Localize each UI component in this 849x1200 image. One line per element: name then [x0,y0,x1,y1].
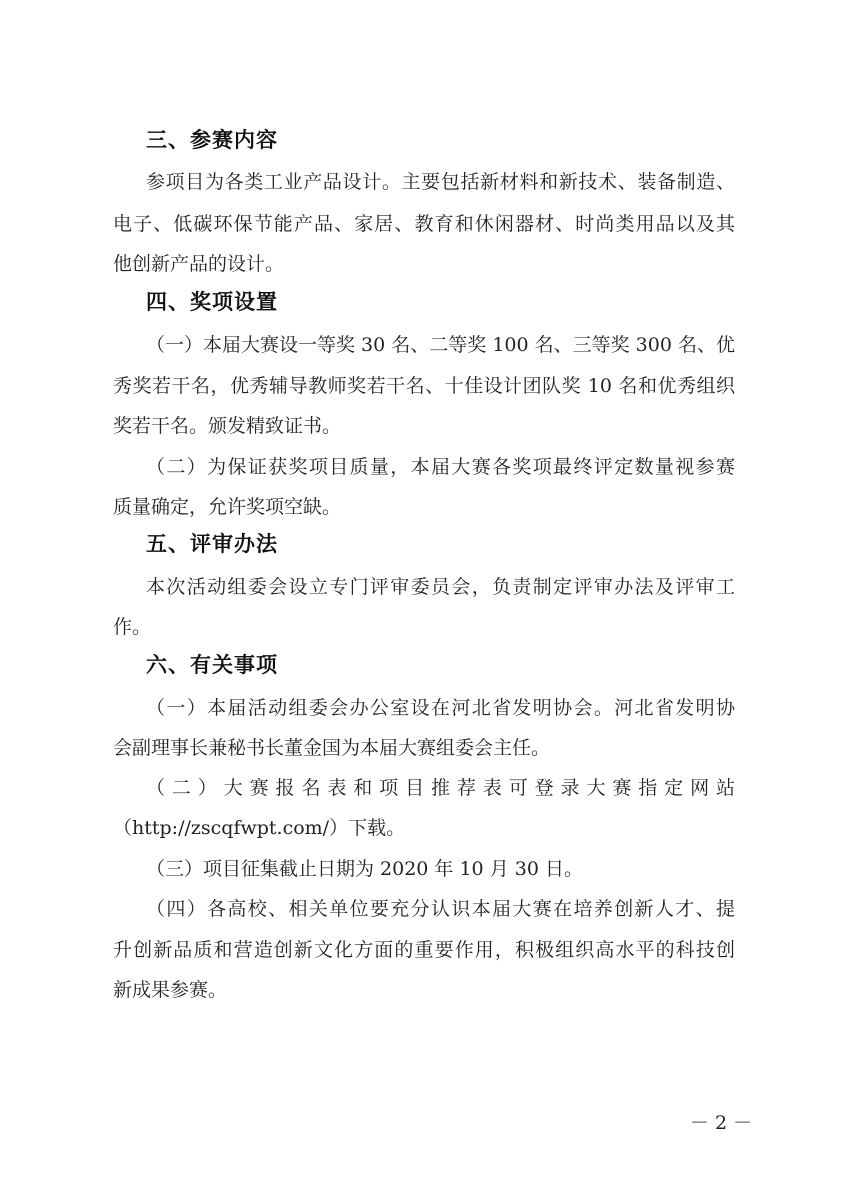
section-heading-participation-content: 三、参赛内容 [146,124,278,154]
paragraph-line: 新成果参赛。 [113,975,227,1002]
paragraph-line: 奖若干名。颁发精致证书。 [113,411,341,438]
paragraph-line: （三）项目征集截止日期为 2020 年 10 月 30 日。 [146,854,583,881]
paragraph-line: （二）为保证获奖项目质量，本届大赛各奖项最终评定数量视参赛 [146,452,735,479]
paragraph-line: 参项目为各类工业产品设计。主要包括新材料和新技术、装备制造、 [146,167,735,194]
paragraph-line: （一）本届大赛设一等奖 30 名、二等奖 100 名、三等奖 300 名、优 [146,330,735,357]
paragraph-line: 本次活动组委会设立专门评审委员会，负责制定评审办法及评审工 [146,572,735,599]
paragraph-line: 质量确定，允许奖项空缺。 [113,492,341,519]
section-heading-judging: 五、评审办法 [146,528,278,558]
section-heading-awards: 四、奖项设置 [146,286,278,316]
paragraph-line: 升创新品质和营造创新文化方面的重要作用，积极组织高水平的科技创 [113,935,735,962]
paragraph-line: 秀奖若干名，优秀辅导教师奖若干名、十佳设计团队奖 10 名和优秀组织 [113,371,735,398]
document-page: 三、参赛内容 参项目为各类工业产品设计。主要包括新材料和新技术、装备制造、 电子… [0,0,849,1200]
paragraph-line: 他创新产品的设计。 [113,249,284,276]
paragraph-line: 电子、低碳环保节能产品、家居、教育和休闲器材、时尚类用品以及其 [113,209,735,236]
page-number: － 2 － [690,1108,752,1135]
section-heading-related-matters: 六、有关事项 [146,649,278,679]
paragraph-line: 作。 [113,612,151,639]
paragraph-line: 会副理事长兼秘书长董金国为本届大赛组委会主任。 [113,733,550,760]
paragraph-line: （二）大赛报名表和项目推荐表可登录大赛指定网站 [146,773,735,800]
paragraph-line: （一）本届活动组委会办公室设在河北省发明协会。河北省发明协 [146,693,735,720]
website-link-line: （http://zscqfwpt.com/）下载。 [113,813,405,840]
paragraph-line: （四）各高校、相关单位要充分认识本届大赛在培养创新人才、提 [146,894,735,921]
